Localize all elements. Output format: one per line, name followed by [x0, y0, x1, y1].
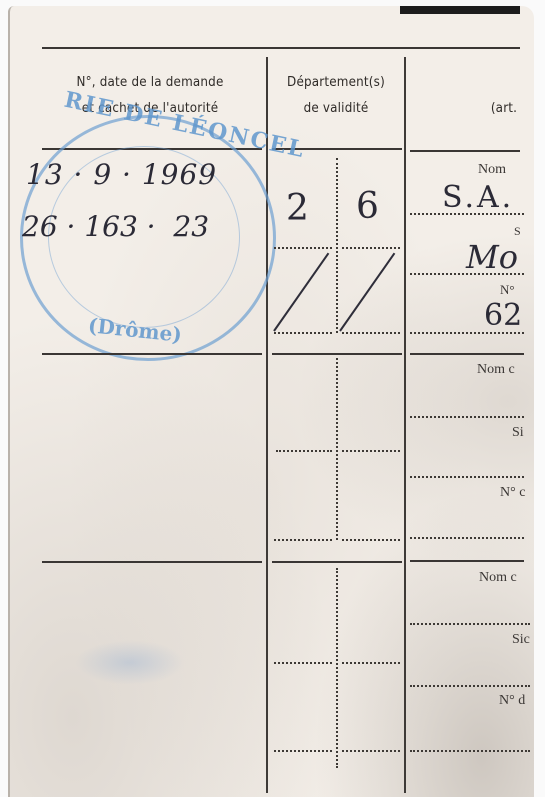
entry-3-dept-dotted-1	[274, 662, 332, 664]
entry-3-dept-dotted-3	[274, 750, 332, 752]
entry-1-dept-dotted-3	[274, 332, 332, 334]
row-rule-1-col1	[42, 353, 262, 355]
entry-1-dept-dotted-4	[342, 332, 400, 334]
entry-1-dept-1: 2	[286, 188, 309, 229]
entry-1-date: 13 · 9 · 1969	[26, 158, 217, 191]
entry-2-nom-dotted	[410, 416, 524, 418]
column-divider-2	[404, 57, 406, 793]
dept-divider-3	[336, 568, 338, 768]
entry-3-nom-label: Nom c	[479, 570, 517, 586]
dept-divider-2	[336, 358, 338, 540]
row-rule-2-col3	[410, 560, 524, 562]
header-departments: Département(s) de validité	[275, 70, 396, 122]
row-rule-2-col1	[42, 561, 262, 563]
entry-3-dept-dotted-2	[342, 662, 400, 664]
entry-3-numero-dotted	[410, 750, 530, 752]
entry-2-dept-dotted-2	[342, 450, 400, 452]
document-card	[8, 6, 534, 797]
entry-2-numero-dotted	[410, 537, 524, 539]
ink-smudge	[75, 640, 185, 685]
entry-3-dept-dotted-4	[342, 750, 400, 752]
entry-3-siege-label: Sic	[512, 632, 530, 648]
entry-2-siege-label: Si	[512, 425, 524, 441]
scan-edge	[400, 6, 520, 14]
entry-1-nom-value: S.A.	[442, 180, 514, 215]
entry-2-dept-dotted-3	[274, 539, 332, 541]
row-rule-2-col2	[272, 561, 402, 563]
top-rule	[42, 47, 520, 49]
entry-3-nom-dotted	[410, 623, 530, 625]
entry-1-numero-dotted	[410, 332, 524, 334]
dept-divider-1	[336, 158, 338, 333]
entry-3-siege-dotted	[410, 685, 530, 687]
entry-1-nom-label: Nom	[478, 162, 506, 178]
entry-1-numero-label: N°	[500, 282, 515, 298]
entry-1-dept-dotted-1	[274, 247, 332, 249]
entry-2-dept-dotted-4	[342, 539, 400, 541]
header-rule-col3	[410, 150, 520, 152]
entry-3-numero-label: N° d	[499, 693, 525, 709]
entry-2-numero-label: N° c	[500, 485, 525, 501]
row-rule-1-col2	[272, 353, 402, 355]
entry-1-siege-dotted	[410, 273, 524, 275]
entry-1-dept-2: 6	[356, 186, 379, 227]
entry-1-number: 26 · 163 · 23	[22, 210, 209, 243]
header-article: (art.	[486, 96, 523, 122]
entry-1-siege-value: Mo	[466, 238, 518, 276]
entry-2-dept-dotted-1	[276, 450, 332, 452]
column-divider-1	[266, 57, 268, 793]
entry-2-siege-dotted	[410, 476, 524, 478]
entry-1-numero-value: 62	[484, 298, 522, 333]
entry-1-dept-dotted-2	[342, 247, 400, 249]
entry-1-nom-dotted	[410, 213, 524, 215]
entry-1-siege-label: S	[514, 224, 521, 239]
entry-2-nom-label: Nom c	[477, 362, 515, 378]
row-rule-1-col3	[410, 353, 524, 355]
